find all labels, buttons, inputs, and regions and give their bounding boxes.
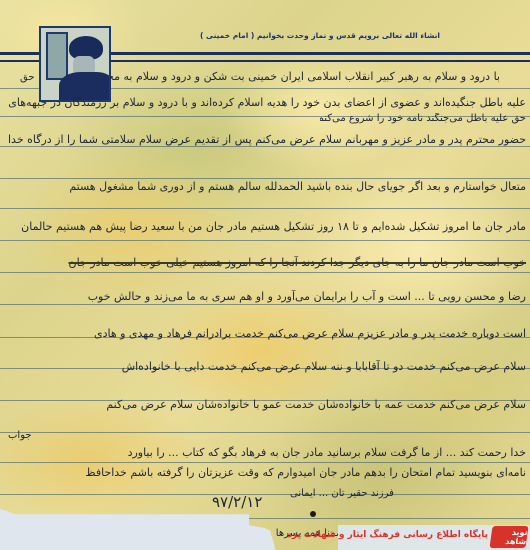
letter-line-11: سلام عرض می‌کنم خدمت عمه با خانواده‌شان … <box>22 398 526 411</box>
ruling-line <box>0 146 530 147</box>
letter-line-4: حضور محترم پدر و مادر عزیز و مهربانم سلا… <box>8 133 526 146</box>
letter-line-12: خدا رحمت کند ... از ما گرفت سلام برسانید… <box>8 446 526 459</box>
letter-line-7-struck: خوب است مادر جان ما را به جای دیگر جدا ک… <box>4 256 526 269</box>
letter-line-13: نامه‌ای بنویسید تمام امتحان را بدهم مادر… <box>8 466 526 479</box>
letter-paper: انشاء الله تعالی برویم قدس و نماز وحدت ب… <box>0 0 530 550</box>
ink-blot <box>310 511 316 517</box>
letterhead-portrait <box>39 26 111 102</box>
letter-line-2: علیه باطل جنگیده‌اند و عضوی از اعضای بدن… <box>8 96 526 109</box>
navid-shahed-logo-icon: نوید شاهد <box>489 526 528 548</box>
margin-note-haq: حق <box>20 72 35 83</box>
site-watermark: پایگاه اطلاع رسانی فرهنگ ایثار و شهادت ی… <box>338 525 530 550</box>
portrait-window-shape <box>46 32 68 80</box>
ruling-line <box>0 518 530 519</box>
letter-line-3: حق علیه باطل می‌جنگند نامه خود را شروع م… <box>320 113 526 124</box>
ruling-line <box>0 432 530 433</box>
ruling-line <box>0 240 530 241</box>
ruling-line <box>0 178 530 179</box>
letter-line-10: سلام عرض می‌کنم خدمت دو تا آقابابا و ننه… <box>8 360 526 373</box>
letter-line-9: است دوباره خدمت پدر و مادر عزیزم سلام عر… <box>4 327 526 340</box>
ruling-line <box>0 304 530 305</box>
letter-line-6: مادر جان ما امروز تشکیل شده‌ایم و تا ۱۸ … <box>8 220 526 233</box>
ruling-line <box>0 462 530 463</box>
letter-date: ۹۷/۲/۱۲ <box>212 493 262 511</box>
ruling-line <box>0 208 530 209</box>
letter-line-1: با درود و سلام به رهبر کبیر انقلاب اسلام… <box>110 70 500 83</box>
letter-line-5: متعال خواستارم و بعد اگر جویای حال بنده … <box>8 180 526 193</box>
letterhead-quote: انشاء الله تعالی برویم قدس و نماز وحدت ب… <box>230 31 440 40</box>
margin-note-javab: جواب <box>8 430 32 441</box>
ruling-line <box>0 494 530 495</box>
letter-line-8: رضا و محسن رویی تا ... است و آب را برایم… <box>8 290 526 303</box>
watermark-site-name: پایگاه اطلاع رسانی فرهنگ ایثار و شهادت ی… <box>287 530 488 540</box>
closing-signature: فرزند حقیر تان ... ایمانی <box>290 488 394 499</box>
ruling-line <box>0 272 530 273</box>
